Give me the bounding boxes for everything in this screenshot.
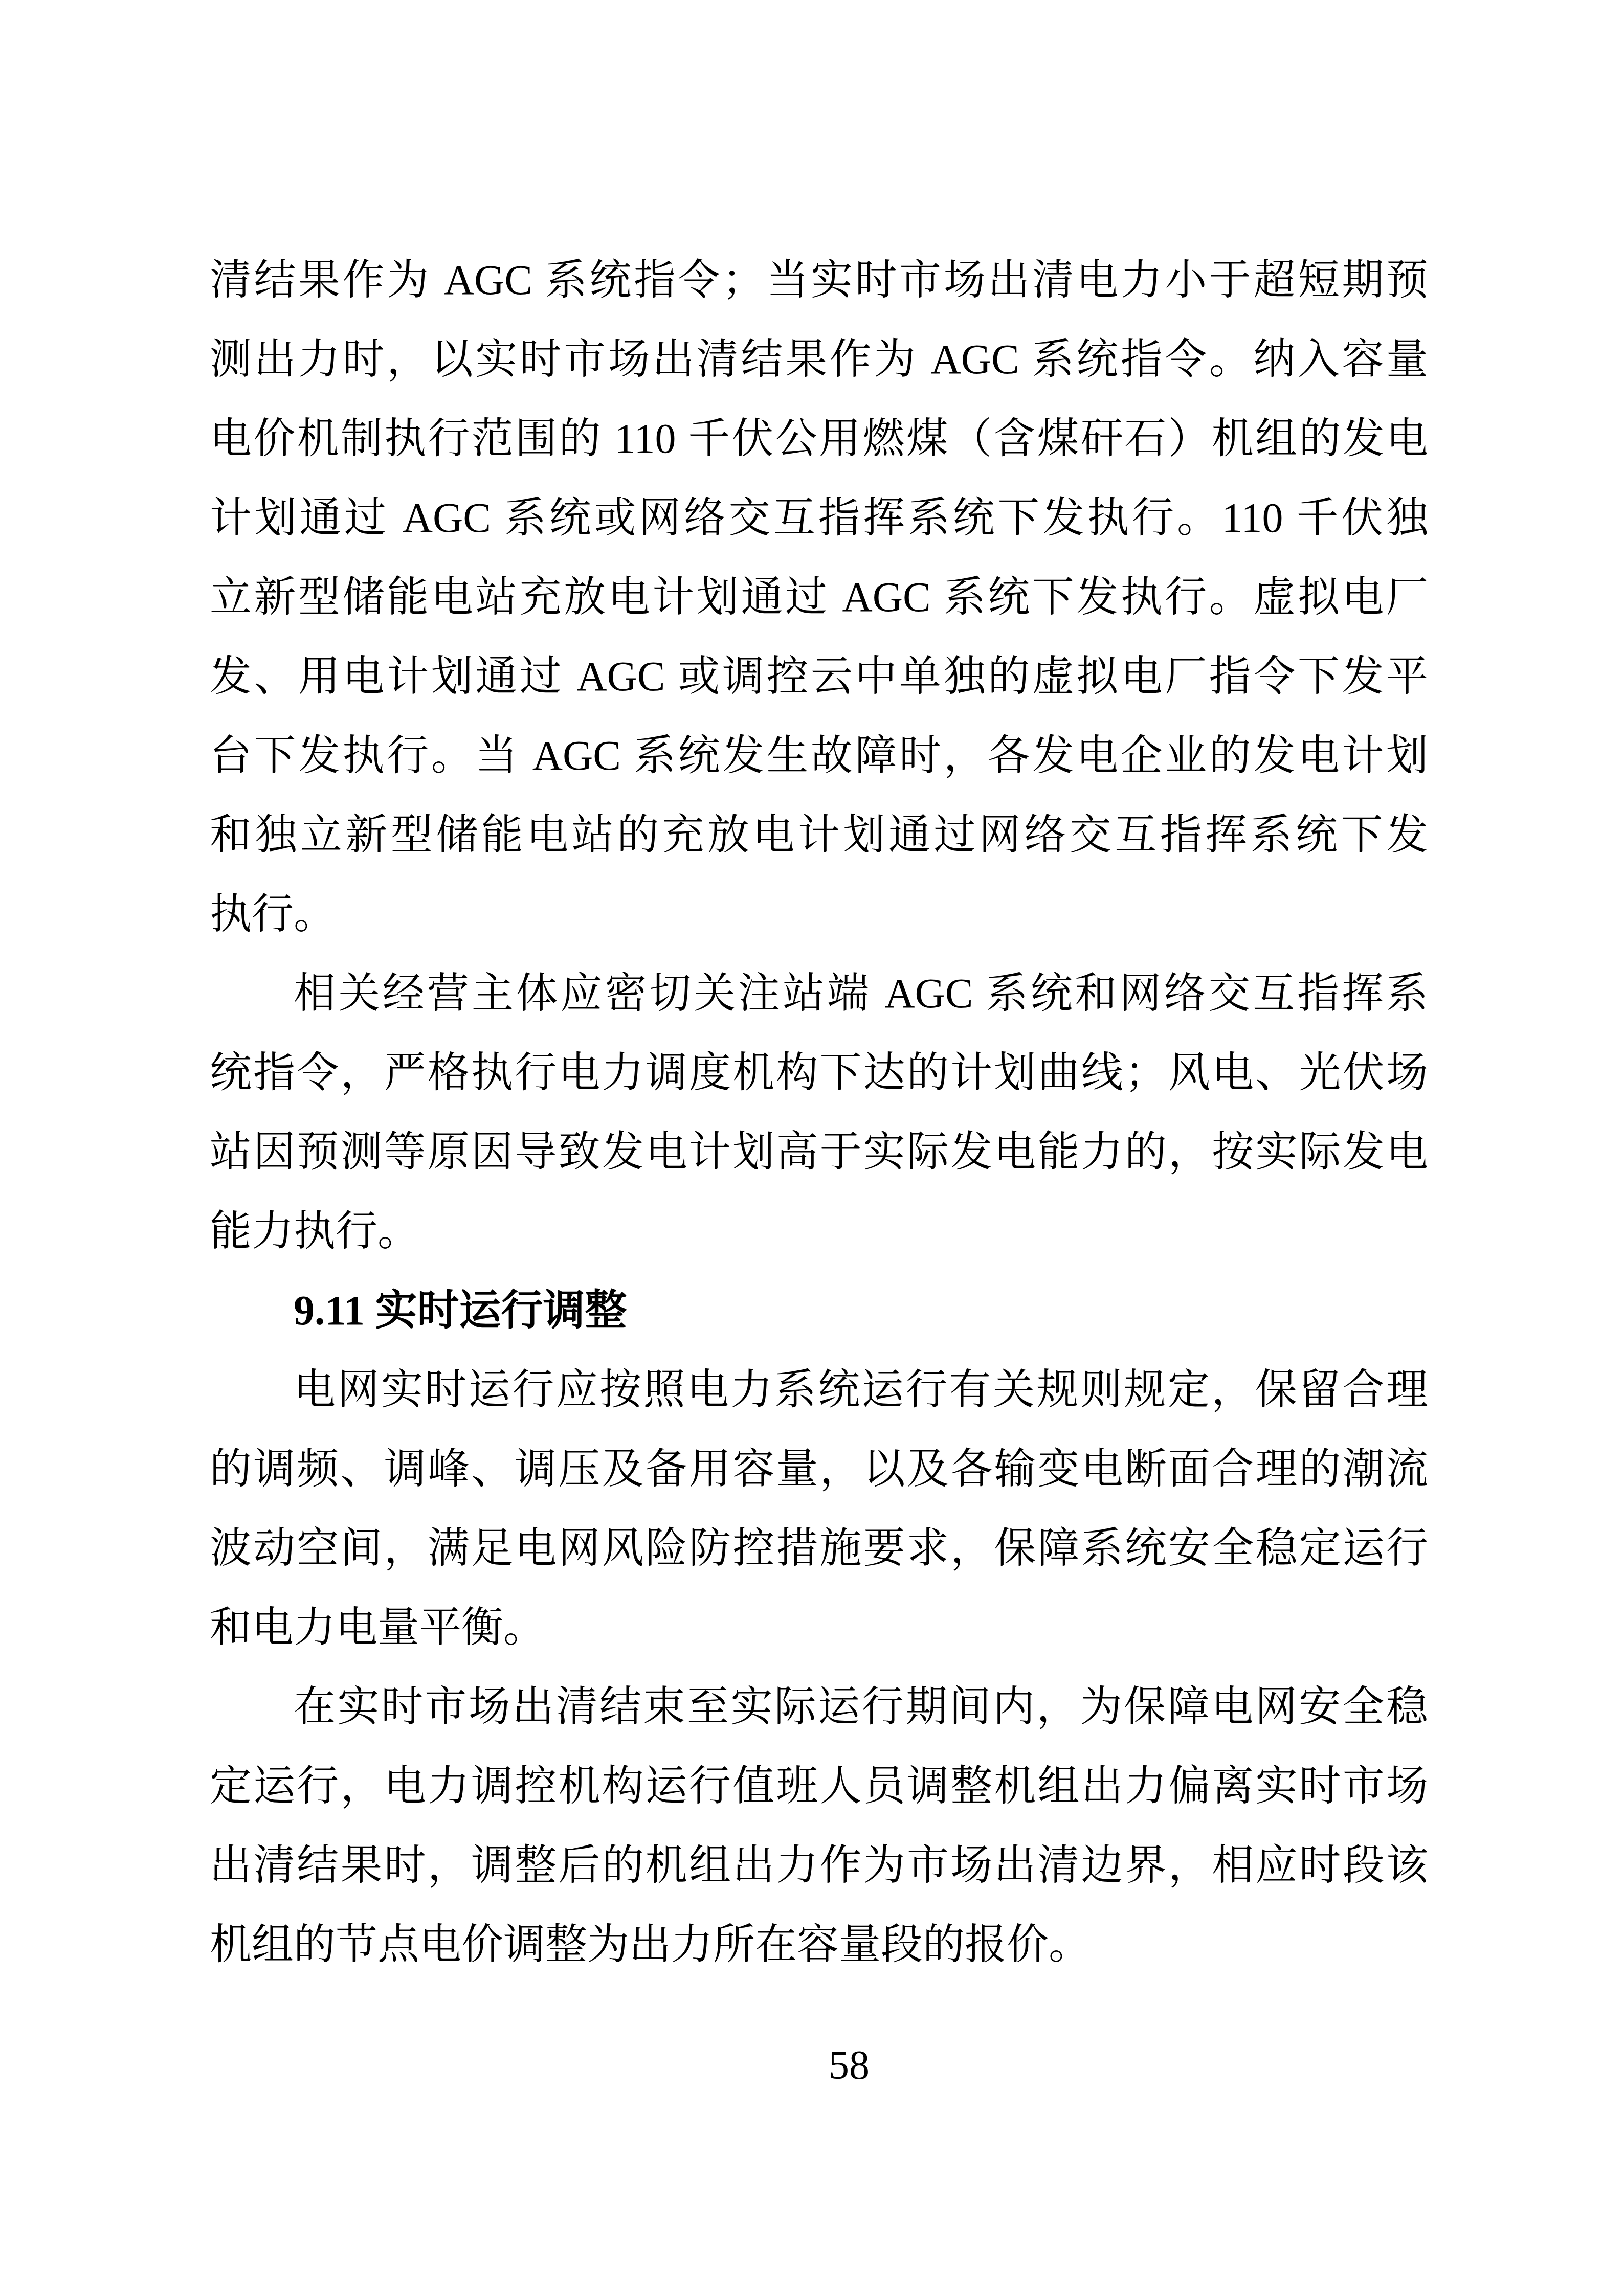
body-line: 发、用电计划通过 AGC 或调控云中单独的虚拟电厂指令下发平 xyxy=(210,637,1428,716)
body-line: 测出力时，以实时市场出清结果作为 AGC 系统指令。纳入容量 xyxy=(210,320,1428,399)
paragraph-end-line: 机组的节点电价调整为出力所在容量段的报价。 xyxy=(210,1905,1428,1984)
body-line: 出清结果时，调整后的机组出力作为市场出清边界，相应时段该 xyxy=(210,1826,1428,1905)
body-line: 清结果作为 AGC 系统指令；当实时市场出清电力小于超短期预 xyxy=(210,240,1428,320)
body-line: 的调频、调峰、调压及备用容量，以及各输变电断面合理的潮流 xyxy=(210,1429,1428,1509)
body-line: 和独立新型储能电站的充放电计划通过网络交互指挥系统下发 xyxy=(210,795,1428,874)
body-line: 站因预测等原因导致发电计划高于实际发电能力的，按实际发电 xyxy=(210,1112,1428,1191)
paragraph-end-line: 执行。 xyxy=(210,874,1428,954)
body-line: 立新型储能电站充放电计划通过 AGC 系统下发执行。虚拟电厂 xyxy=(210,557,1428,637)
body-line: 定运行，电力调控机构运行值班人员调整机组出力偏离实时市场 xyxy=(210,1746,1428,1826)
paragraph-first-line: 相关经营主体应密切关注站端 AGC 系统和网络交互指挥系 xyxy=(210,954,1428,1033)
body-line: 电价机制执行范围的 110 千伏公用燃煤（含煤矸石）机组的发电 xyxy=(210,399,1428,478)
paragraph-first-line: 在实时市场出清结束至实际运行期间内，为保障电网安全稳 xyxy=(210,1667,1428,1746)
page-body-text: 清结果作为 AGC 系统指令；当实时市场出清电力小于超短期预 测出力时，以实时市… xyxy=(210,240,1428,1984)
body-line: 波动空间，满足电网风险防控措施要求，保障系统安全稳定运行 xyxy=(210,1509,1428,1588)
paragraph-end-line: 能力执行。 xyxy=(210,1191,1428,1271)
document-page: 清结果作为 AGC 系统指令；当实时市场出清电力小于超短期预 测出力时，以实时市… xyxy=(0,0,1624,2296)
paragraph-first-line: 电网实时运行应按照电力系统运行有关规则规定，保留合理 xyxy=(210,1350,1428,1429)
body-line: 统指令，严格执行电力调度机构下达的计划曲线；风电、光伏场 xyxy=(210,1033,1428,1112)
paragraph-end-line: 和电力电量平衡。 xyxy=(210,1588,1428,1667)
section-heading: 9.11 实时运行调整 xyxy=(210,1271,1428,1350)
body-line: 台下发执行。当 AGC 系统发生故障时，各发电企业的发电计划 xyxy=(210,716,1428,795)
page-number: 58 xyxy=(210,2026,1488,2105)
body-line: 计划通过 AGC 系统或网络交互指挥系统下发执行。110 千伏独 xyxy=(210,478,1428,557)
